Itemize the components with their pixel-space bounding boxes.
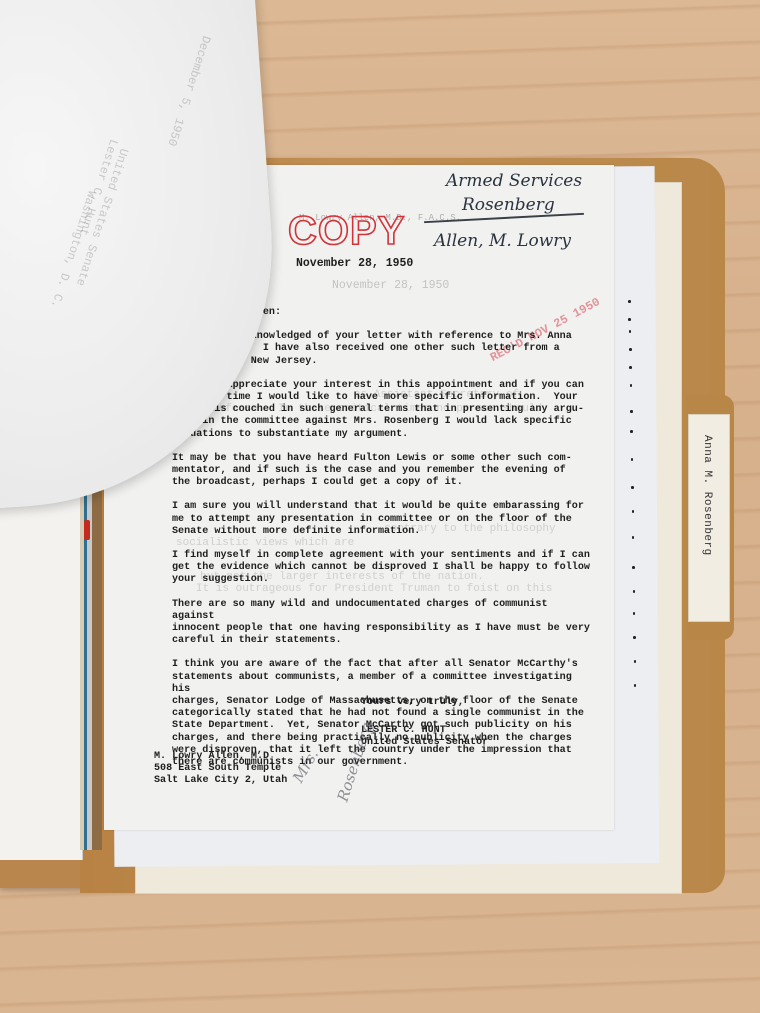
paragraph: There are so many wild and undocumentate… — [172, 599, 592, 648]
letter-date: November 28, 1950 — [296, 257, 413, 270]
paragraph: It may be that you have heard Fulton Lew… — [172, 453, 592, 490]
handwritten-note: Rosenberg — [462, 195, 555, 215]
recipient-line: Salt Lake City 2, Utah — [154, 775, 287, 787]
red-tab-marker — [84, 520, 90, 540]
paragraph: I find myself in complete agreement with… — [172, 550, 592, 587]
recipient-line: 508 East South Temple — [154, 763, 287, 775]
handwritten-note: Armed Services — [446, 171, 582, 191]
closing: Yours very truly, — [361, 697, 464, 708]
paragraph: I deeply appreciate your interest in thi… — [172, 380, 592, 441]
signer-title: United States Senator — [361, 737, 488, 749]
signature-block: LESTER C. HUNT United States Senator — [361, 725, 488, 749]
folder-tab-label: Anna M. Rosenberg — [688, 414, 730, 622]
recipient-line: M. Lowry Allen, M.D — [154, 751, 287, 763]
paragraph: I am sure you will understand that it wo… — [172, 501, 592, 538]
date-ghost: November 28, 1950 — [332, 279, 449, 292]
handwritten-note: Allen, M. Lowry — [434, 231, 571, 251]
copy-stamp: COPY — [288, 209, 405, 254]
turned-page-ghost: December 5, 1950 — [164, 34, 213, 148]
tab-label-text: Anna M. Rosenberg — [701, 435, 713, 556]
signer-name: LESTER C. HUNT — [361, 725, 488, 737]
perforation-dots — [628, 300, 634, 720]
recipient-address: M. Lowry Allen, M.D 508 East South Templ… — [154, 751, 287, 787]
